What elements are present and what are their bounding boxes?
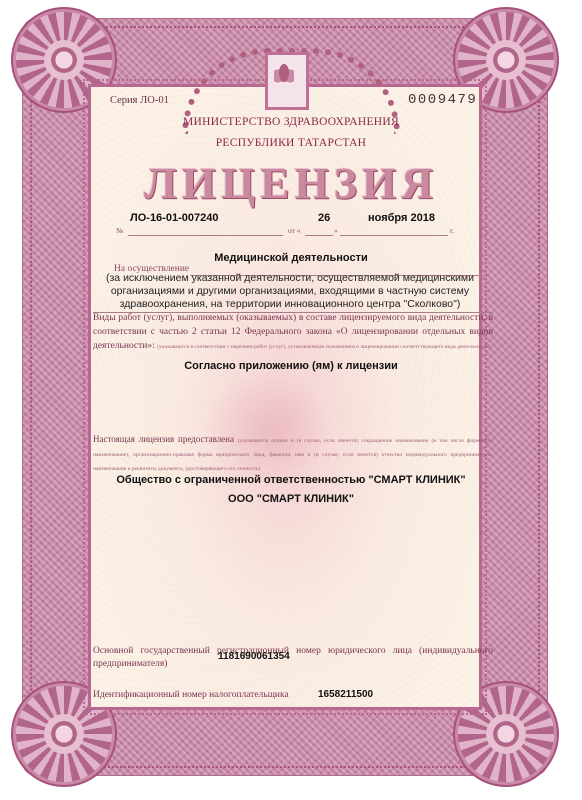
russian-coat-of-arms-icon — [265, 52, 309, 110]
series-label: Серия ЛО-01 — [110, 95, 169, 106]
license-number: ЛО-16-01-007240 — [130, 212, 218, 224]
number-label: № — [116, 226, 123, 235]
month-underline — [340, 235, 448, 236]
works-note: (указываются в соответствии с перечнем р… — [157, 344, 490, 350]
inn-value: 1658211500 — [318, 689, 373, 700]
date-from-label: от « — [288, 226, 301, 235]
double-headed-eagle-icon — [274, 61, 294, 91]
blank-number: 0009479 — [408, 92, 477, 108]
activity-value: Медицинской деятельности — [0, 252, 582, 264]
day-underline — [305, 235, 333, 236]
year-suffix-label: г. — [450, 226, 454, 235]
ministry-name-line1: МИНИСТЕРСТВО ЗДРАВООХРАНЕНИЯ — [0, 116, 582, 128]
number-underline — [128, 235, 283, 236]
date-quote-label: » — [334, 226, 338, 235]
granted-label-text: Настоящая лицензия предоставлена — [93, 434, 234, 444]
organization-full-name: Общество с ограниченной ответственностью… — [0, 474, 582, 486]
inn-label: Идентификационный номер налогоплательщик… — [93, 690, 289, 700]
works-label: Виды работ (услуг), выполняемых (оказыва… — [93, 311, 493, 354]
ministry-name-line2: РЕСПУБЛИКИ ТАТАРСТАН — [0, 137, 582, 149]
ogrn-value: 1181690061354 — [218, 651, 290, 662]
organization-short-name: ООО "СМАРТ КЛИНИК" — [0, 493, 582, 505]
granted-label: Настоящая лицензия предоставлена (указыв… — [93, 433, 493, 475]
works-value: Согласно приложению (ям) к лицензии — [0, 360, 582, 372]
license-date-month-year: ноября 2018 — [368, 212, 435, 224]
license-date-day: 26 — [318, 212, 330, 224]
activity-description: (за исключением указанной деятельности, … — [84, 272, 496, 311]
ogrn-label: Основной государственный регистрационный… — [93, 645, 493, 671]
document-title: ЛИЦЕНЗИЯ — [0, 158, 582, 209]
